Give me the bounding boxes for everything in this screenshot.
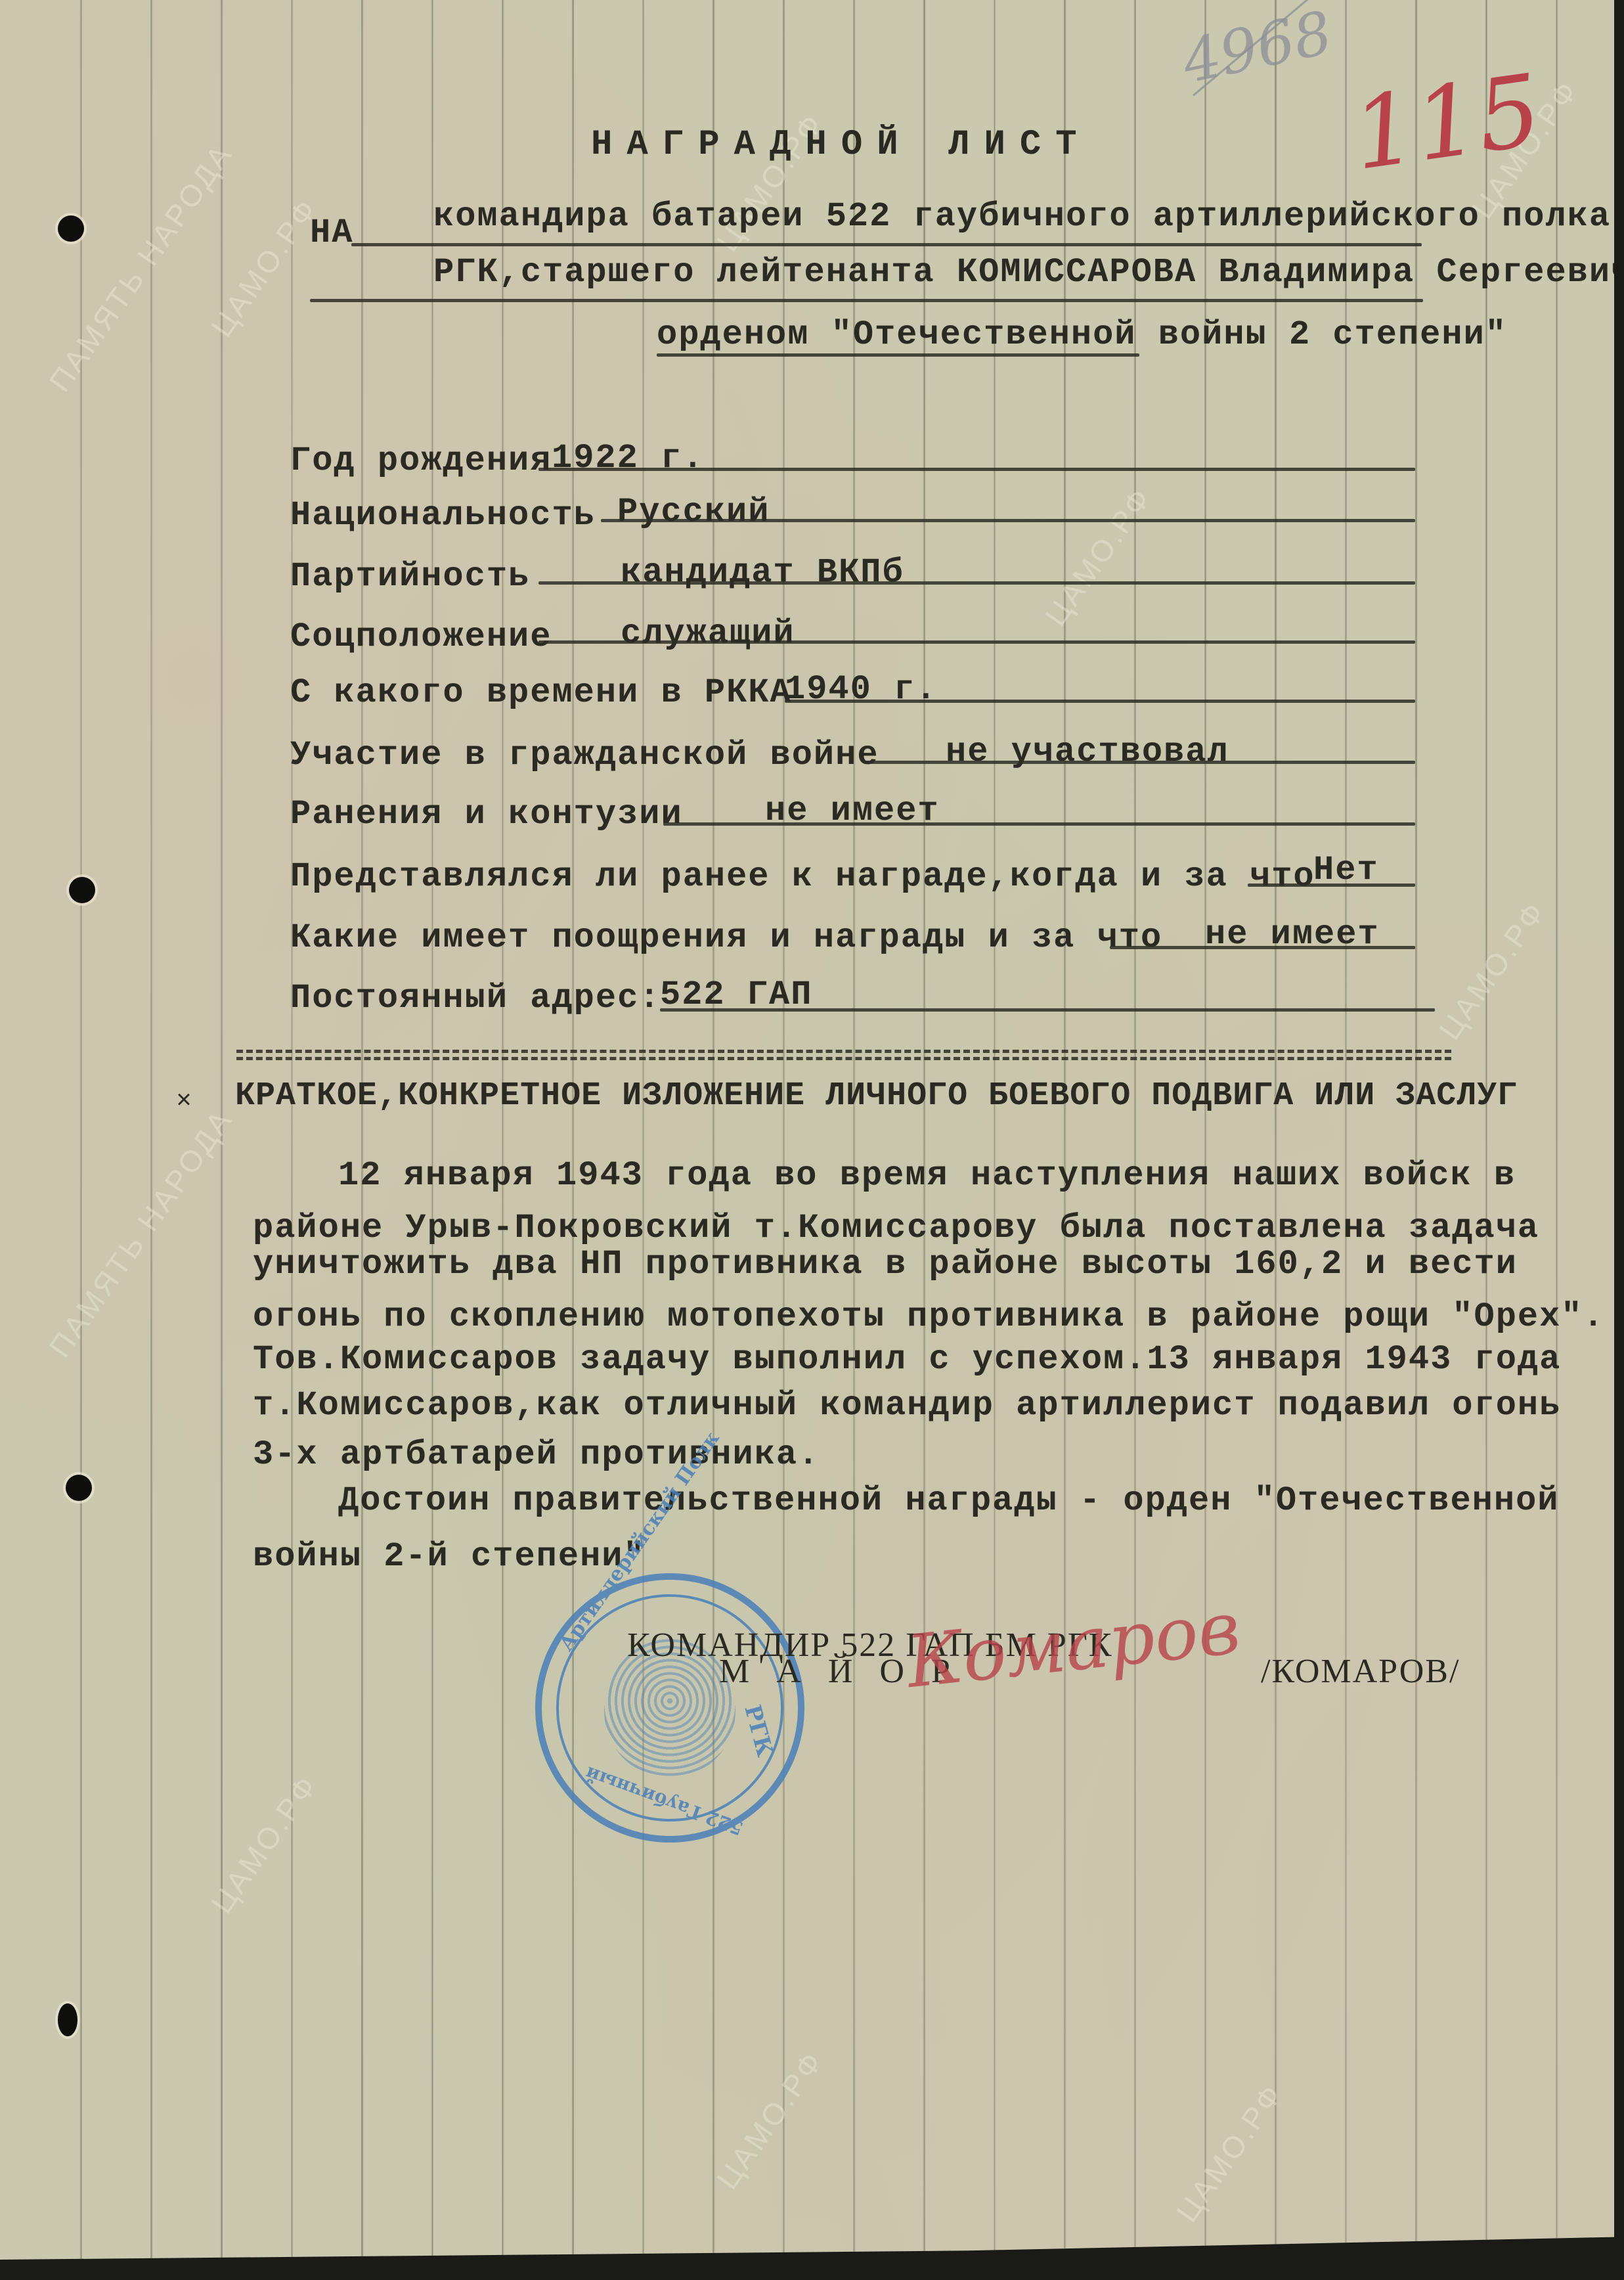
underline bbox=[785, 700, 1415, 703]
underline bbox=[657, 353, 1139, 357]
underline bbox=[663, 822, 1415, 826]
archive-number-pencil: 4968 bbox=[1177, 0, 1338, 97]
field-label-nationality: Национальность bbox=[290, 496, 596, 535]
underline bbox=[601, 519, 1415, 522]
punch-hole bbox=[58, 2003, 77, 2036]
watermark: ЦАМО.РФ bbox=[1038, 480, 1159, 632]
narrative-line: 12 января 1943 года во время наступления… bbox=[338, 1156, 1516, 1195]
field-label-commendations: Какие имеет поощрения и награды и за что bbox=[290, 918, 1162, 957]
narrative-line: Тов.Комиссаров задачу выполнил с успехом… bbox=[253, 1340, 1561, 1379]
field-label-social-status: Соцположение bbox=[290, 617, 552, 656]
document-title: НАГРАДНОЙ ЛИСТ bbox=[591, 125, 1091, 165]
margin-mark: × bbox=[176, 1087, 193, 1117]
field-value-army-since: 1940 г. bbox=[785, 670, 937, 709]
underline bbox=[351, 243, 1422, 246]
handwritten-signature: Комаров bbox=[903, 1586, 1244, 1704]
sheet-number: 115 bbox=[1346, 53, 1548, 192]
conclusion-line: Достоин правительственной награды - орде… bbox=[338, 1481, 1559, 1520]
underline bbox=[538, 581, 1415, 585]
field-label-civil-war: Участие в гражданской войне bbox=[290, 736, 879, 774]
narrative-line: уничтожить два НП противника в районе вы… bbox=[253, 1245, 1518, 1284]
underline bbox=[864, 761, 1415, 764]
field-label-wounds: Ранения и контузии bbox=[290, 795, 683, 834]
narrative-line: 3-х артбатарей противника. bbox=[253, 1435, 820, 1474]
field-value-nationality: Русский bbox=[617, 493, 770, 531]
watermark: ЦАМО.РФ bbox=[204, 1768, 325, 1919]
narrative-line: т.Комиссаров,как отличный командир артил… bbox=[253, 1386, 1561, 1425]
punch-hole bbox=[66, 1475, 92, 1501]
narrative-line: огонь по скоплению мотопехоты противника… bbox=[253, 1297, 1605, 1336]
nominee-line-2: РГК,старшего лейтенанта КОМИССАРОВА Влад… bbox=[433, 253, 1624, 292]
signatory-name: /КОМАРОВ/ bbox=[1261, 1652, 1460, 1691]
field-label-birth-year: Год рождения bbox=[290, 441, 552, 480]
field-value-party: кандидат ВКПб bbox=[621, 553, 904, 592]
field-value-civil-war: не участвовал bbox=[946, 732, 1229, 771]
watermark: ЦАМО.РФ bbox=[1169, 2076, 1290, 2228]
conclusion-line: войны 2-й степени" bbox=[253, 1537, 646, 1576]
narrative-line: районе Урыв-Покровский т.Комиссарову был… bbox=[253, 1209, 1539, 1247]
underline bbox=[310, 299, 1423, 302]
punch-hole bbox=[58, 215, 84, 242]
section-heading: КРАТКОЕ,КОНКРЕТНОЕ ИЗЛОЖЕНИЕ ЛИЧНОГО БОЕ… bbox=[235, 1077, 1518, 1115]
field-label-address: Постоянный адрес: bbox=[290, 979, 661, 1017]
underline bbox=[660, 1008, 1435, 1012]
underline bbox=[1110, 946, 1415, 949]
watermark: ПАМЯТЬ НАРОДА bbox=[42, 137, 240, 398]
watermark: ПАМЯТЬ НАРОДА bbox=[42, 1102, 240, 1364]
underline bbox=[1248, 883, 1415, 887]
watermark: ЦАМО.РФ bbox=[204, 191, 325, 343]
punch-hole bbox=[69, 877, 95, 903]
watermark: ЦАМО.РФ bbox=[709, 2044, 831, 2195]
field-value-birth-year: 1922 г. bbox=[552, 439, 704, 478]
nominee-line-1: командира батареи 522 гаубичного артилле… bbox=[433, 197, 1611, 236]
field-value-social-status: служащий bbox=[621, 614, 795, 653]
watermark: ЦАМО.РФ bbox=[1432, 894, 1553, 1046]
underline bbox=[538, 640, 1415, 644]
field-label-army-since: С какого времени в РККА bbox=[290, 673, 792, 712]
field-label-prior-awards: Представлялся ли ранее к награде,когда и… bbox=[290, 857, 1315, 896]
field-label-party: Партийность bbox=[290, 557, 530, 596]
nominee-prefix: НА bbox=[310, 213, 353, 252]
section-divider bbox=[236, 1050, 1451, 1060]
official-stamp: Артиллерийский Полк РГК 522 Гаубичный bbox=[535, 1573, 804, 1843]
award-sheet-page: ПАМЯТЬ НАРОДА ПАМЯТЬ НАРОДА ЦАМО.РФ ЦАМО… bbox=[0, 0, 1614, 2260]
underline bbox=[538, 468, 1415, 471]
nominee-award: орденом "Отечественной войны 2 степени" bbox=[657, 315, 1507, 354]
